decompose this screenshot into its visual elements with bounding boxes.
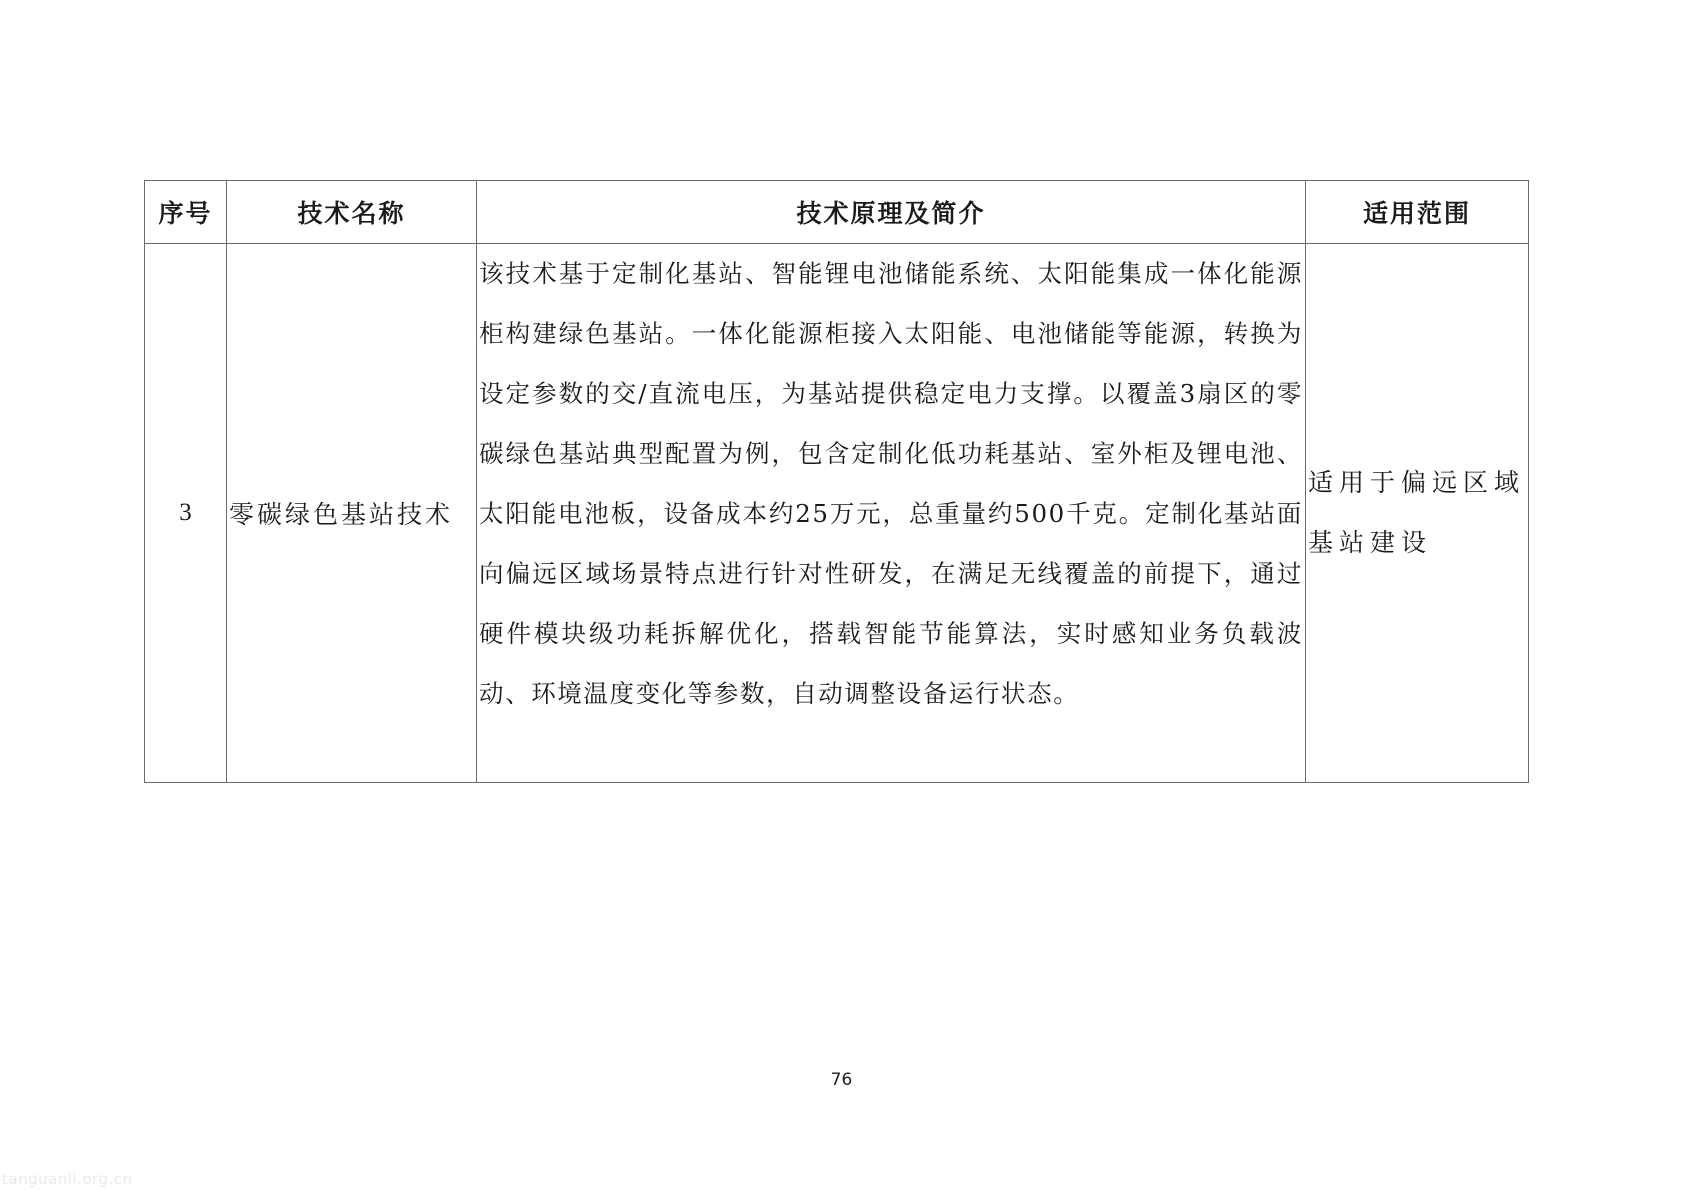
row-number: 3 <box>145 244 227 783</box>
row-tech-name: 零碳绿色基站技术 <box>227 244 477 783</box>
watermark: tanguanli.org.cn <box>2 1170 133 1188</box>
header-description: 技术原理及简介 <box>477 181 1306 244</box>
row-scope: 适用于偏远区域基站建设 <box>1306 244 1529 783</box>
row-description: 该技术基于定制化基站、智能锂电池储能系统、太阳能集成一体化能源柜构建绿色基站。一… <box>477 244 1306 783</box>
header-tech-name: 技术名称 <box>227 181 477 244</box>
technology-table: 序号 技术名称 技术原理及简介 适用范围 3 零碳绿色基站技术 该技术基于定制化… <box>144 180 1529 783</box>
header-number: 序号 <box>145 181 227 244</box>
header-scope: 适用范围 <box>1306 181 1529 244</box>
table-header-row: 序号 技术名称 技术原理及简介 适用范围 <box>145 181 1529 244</box>
page-number: 76 <box>0 1070 1683 1090</box>
table-row: 3 零碳绿色基站技术 该技术基于定制化基站、智能锂电池储能系统、太阳能集成一体化… <box>145 244 1529 783</box>
